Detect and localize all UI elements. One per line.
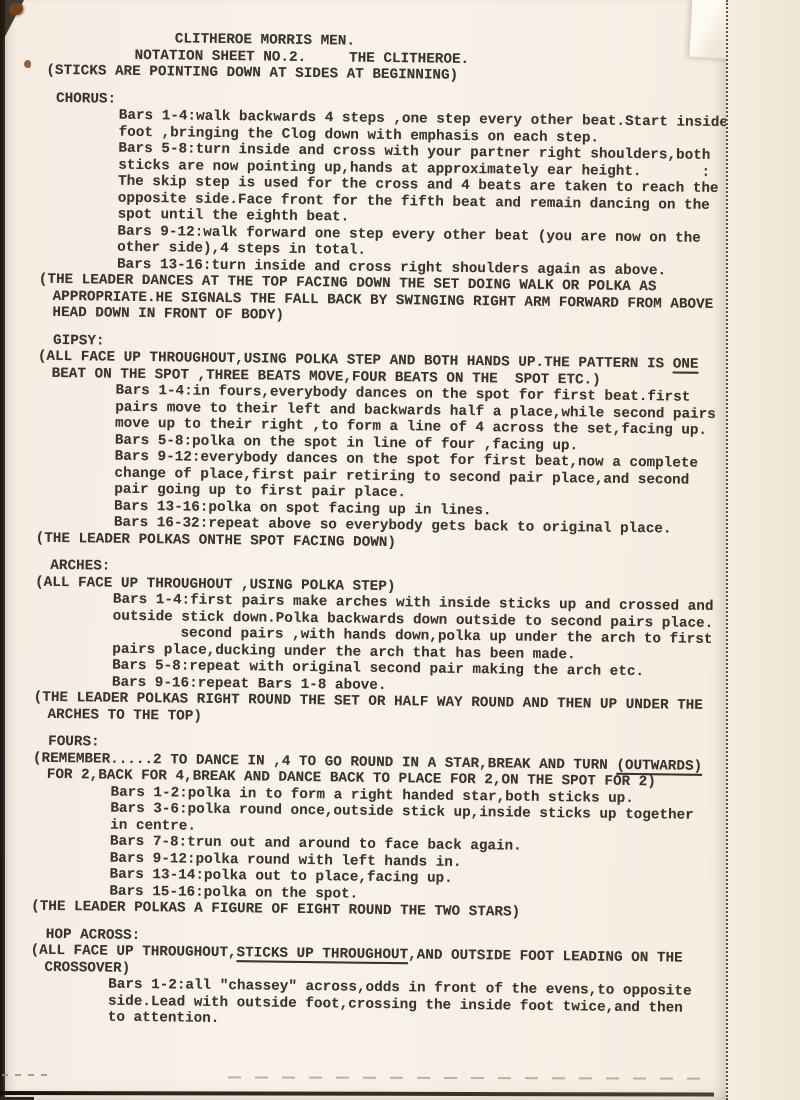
section-fours: FOURS:(REMEMBER.....2 TO DANCE IN ,4 TO …: [5, 733, 728, 924]
underlined-text: ONE: [673, 356, 699, 372]
scan-background-right: [728, 0, 800, 1100]
scan-bottom-dashes: [2, 1074, 52, 1076]
scan-edge-left: [0, 0, 5, 1100]
scanned-notation-sheet: CLITHEROE MORRIS MEN. NOTATION SHEET NO.…: [5, 0, 728, 1100]
underlined-text: (OUTWARDS): [616, 757, 702, 774]
text-segment: (ALL FACE UP THROUGHOUT,: [31, 943, 237, 962]
paper-tear-stain: [9, 3, 23, 15]
section-hop-across: HOP ACROSS:(ALL FACE UP THROUGHOUT,STICK…: [5, 926, 728, 1034]
paper-speck: [24, 60, 31, 68]
section-arches: ARCHES:(ALL FACE UP THROUGHOUT ,USING PO…: [5, 557, 728, 731]
notation-sections: CHORUS:Bars 1-4:walk backwards 4 steps ,…: [5, 90, 728, 1034]
underlined-text: STICKS UP THROUGHOUT: [236, 945, 408, 963]
document-page: CLITHEROE MORRIS MEN. NOTATION SHEET NO.…: [5, 0, 728, 1034]
section-gipsy: GIPSY:(ALL FACE UP THROUGHOUT,USING POLK…: [5, 332, 728, 556]
text-segment: ,AND OUTSIDE FOOT LEADING ON THE: [408, 947, 683, 966]
section-chorus: CHORUS:Bars 1-4:walk backwards 4 steps ,…: [5, 90, 728, 330]
